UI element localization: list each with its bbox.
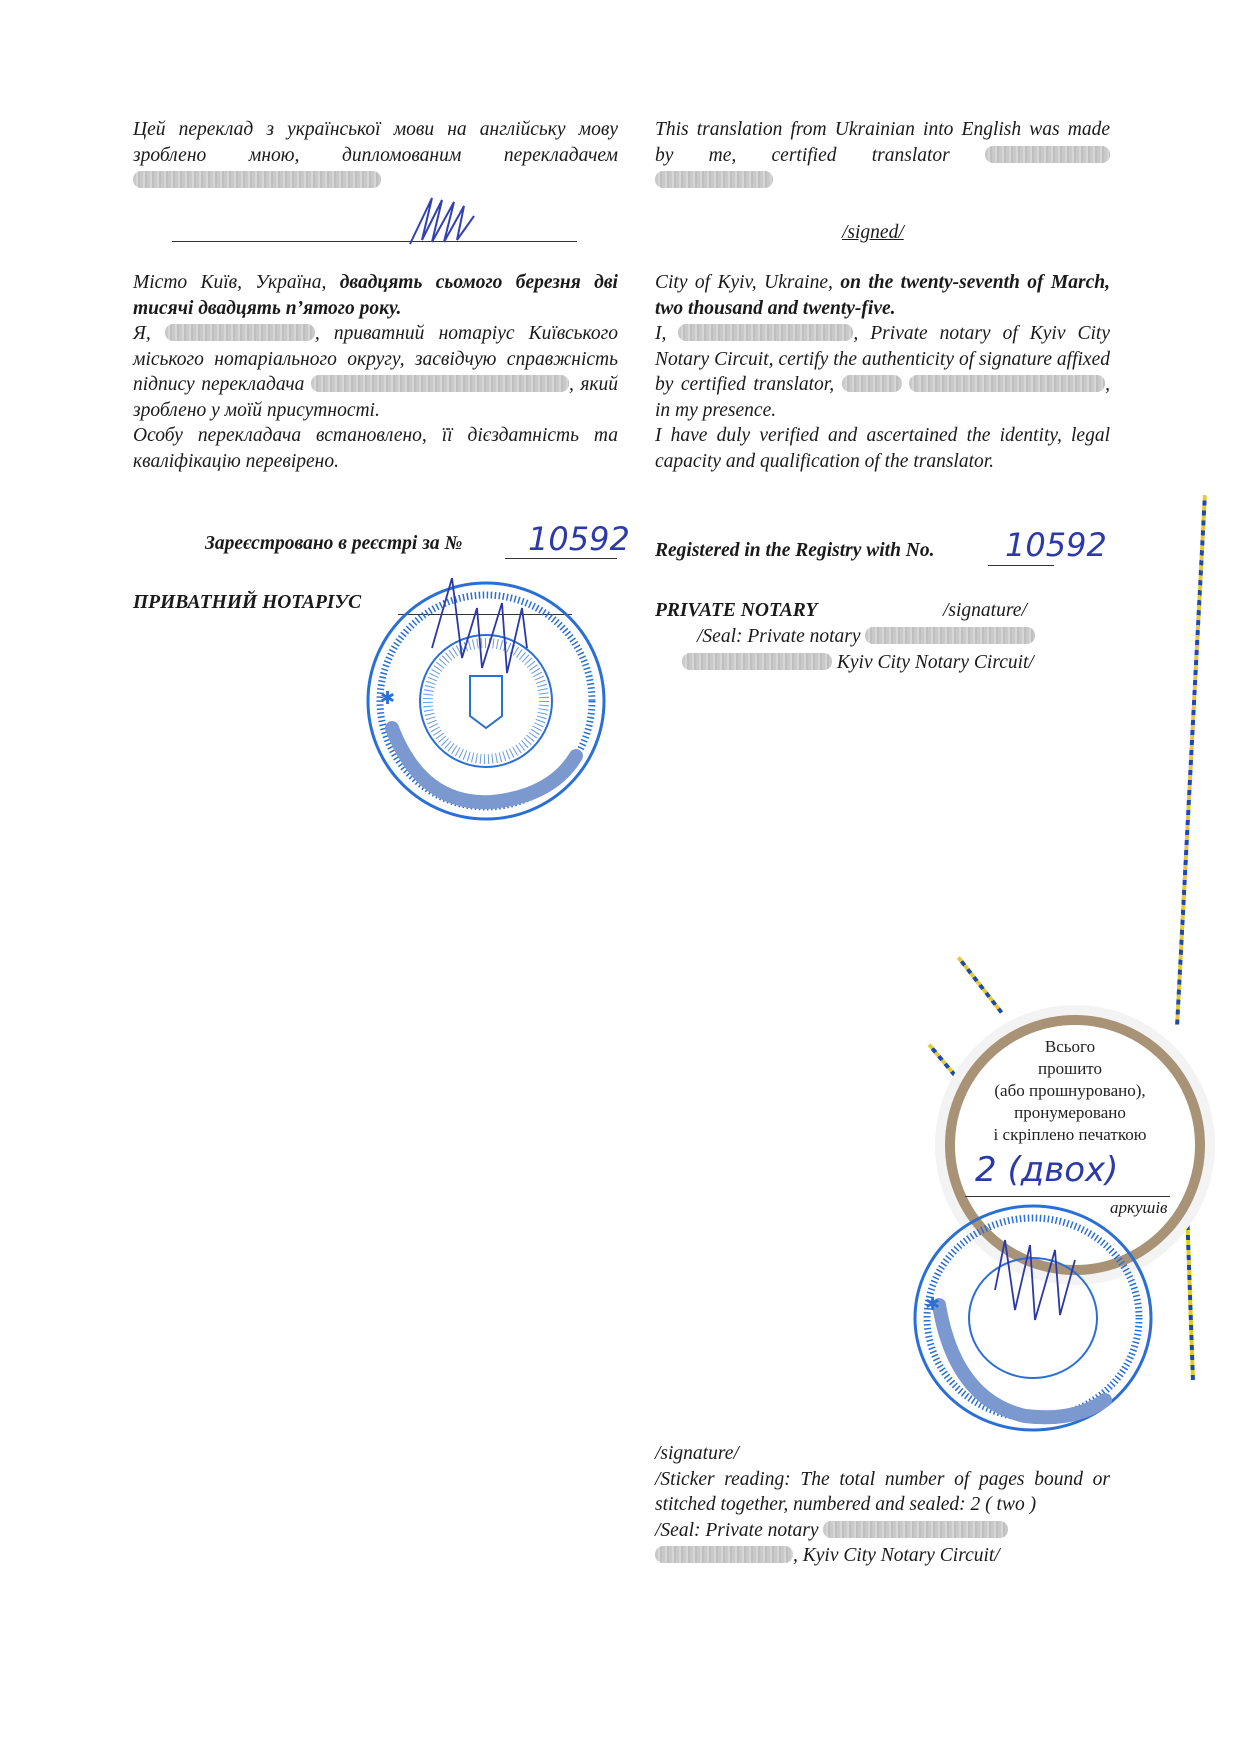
en-registry-label: Registered in the Registry with No. <box>655 540 935 562</box>
en-signature-label: /signature/ <box>943 600 1027 622</box>
sticker-line: (або прошнуровано), <box>960 1080 1180 1102</box>
signature-line <box>172 241 577 242</box>
redacted-notary-surname <box>682 653 832 670</box>
signed-text: /signed/ <box>842 222 904 243</box>
redacted-notary-surname <box>655 1546 793 1563</box>
en-signed-label: /signed/ <box>842 222 904 244</box>
seal-text: /Seal: Private notary <box>697 626 861 647</box>
sticker-text: Всього прошито (або прошнуровано), прону… <box>960 1036 1180 1146</box>
sticker-page-count: 2 (двох) <box>975 1150 1118 1190</box>
redacted-translator-surname <box>909 375 1105 392</box>
redacted-notary-name <box>823 1521 1008 1538</box>
sticker-translation-block: /signature/ /Sticker reading: The total … <box>655 1441 1110 1569</box>
ua-date-plain: Місто Київ, Україна, <box>133 272 340 293</box>
sticker-line: прошито <box>960 1058 1180 1080</box>
en-date-plain: City of Kyiv, Ukraine, <box>655 272 840 293</box>
sticker-line: пронумеровано <box>960 1102 1180 1124</box>
ua-registry-label: Зареєстровано в реєстрі за № <box>205 533 462 554</box>
ua-certification-block: Місто Київ, Україна, двадцять сьомого бе… <box>133 270 618 474</box>
en-seal-line-1: /Seal: Private notary <box>697 626 1035 648</box>
redacted-notary-name <box>678 324 853 341</box>
bottom-signature-label: /signature/ <box>655 1441 1110 1467</box>
en-registry-number: 10592 <box>1005 526 1107 564</box>
ua-notary-title: ПРИВАТНИЙ НОТАРІУС <box>133 592 361 614</box>
notary-seal-stamp-2: ✱ <box>905 1200 1175 1436</box>
redacted-translator-name <box>985 146 1110 163</box>
sticker-reading-text: /Sticker reading: The total number of pa… <box>655 1467 1110 1518</box>
ua-identity-text: Особу перекладача встановлено, її дієзда… <box>133 423 618 474</box>
sticker-line: і скріплено печаткою <box>960 1124 1180 1146</box>
redacted-translator-name <box>311 375 569 392</box>
ua-registry-line: Зареєстровано в реєстрі за № <box>205 533 462 555</box>
en-certification-block: City of Kyiv, Ukraine, on the twenty-sev… <box>655 270 1110 474</box>
thread-end-2 <box>928 1043 957 1076</box>
binding-thread <box>1175 495 1207 1024</box>
en-identity-text: I have duly verified and ascertained the… <box>655 423 1110 474</box>
ua-registry-number: 10592 <box>528 520 630 558</box>
ukrainian-translator-statement: Цей переклад з української мови на англі… <box>133 117 618 194</box>
sticker-line: Всього <box>960 1036 1180 1058</box>
redacted-translator-name <box>133 171 381 188</box>
redacted-translator-surname <box>655 171 773 188</box>
en-seal-line-2: Kyiv City Notary Circuit/ <box>682 652 1034 674</box>
seal-text: Kyiv City Notary Circuit/ <box>837 652 1034 673</box>
svg-text:✱: ✱ <box>925 1294 940 1314</box>
en-cert-intro: I, <box>655 323 666 344</box>
ua-intro-text: Цей переклад з української мови на англі… <box>133 119 618 166</box>
redacted-translator-name <box>842 375 902 392</box>
redacted-notary-name <box>165 324 315 341</box>
binding-thread-lower <box>1185 1210 1195 1380</box>
redacted-notary-name <box>865 627 1035 644</box>
translator-signature-scribble <box>402 192 482 252</box>
en-registry-underline <box>988 565 1054 566</box>
bottom-seal-text: /Seal: Private notary <box>655 1520 819 1541</box>
thread-end-1 <box>957 956 1003 1014</box>
svg-text:✱: ✱ <box>380 688 395 708</box>
en-notary-title: PRIVATE NOTARY <box>655 600 817 622</box>
ua-cert-intro: Я, <box>133 323 151 344</box>
ua-registry-underline <box>505 558 617 559</box>
bottom-seal-end: , Kyiv City Notary Circuit/ <box>793 1545 1000 1566</box>
english-translator-statement: This translation from Ukrainian into Eng… <box>655 117 1110 194</box>
sticker-count-line <box>965 1196 1170 1197</box>
notary-seal-stamp: ✱ <box>362 578 632 824</box>
